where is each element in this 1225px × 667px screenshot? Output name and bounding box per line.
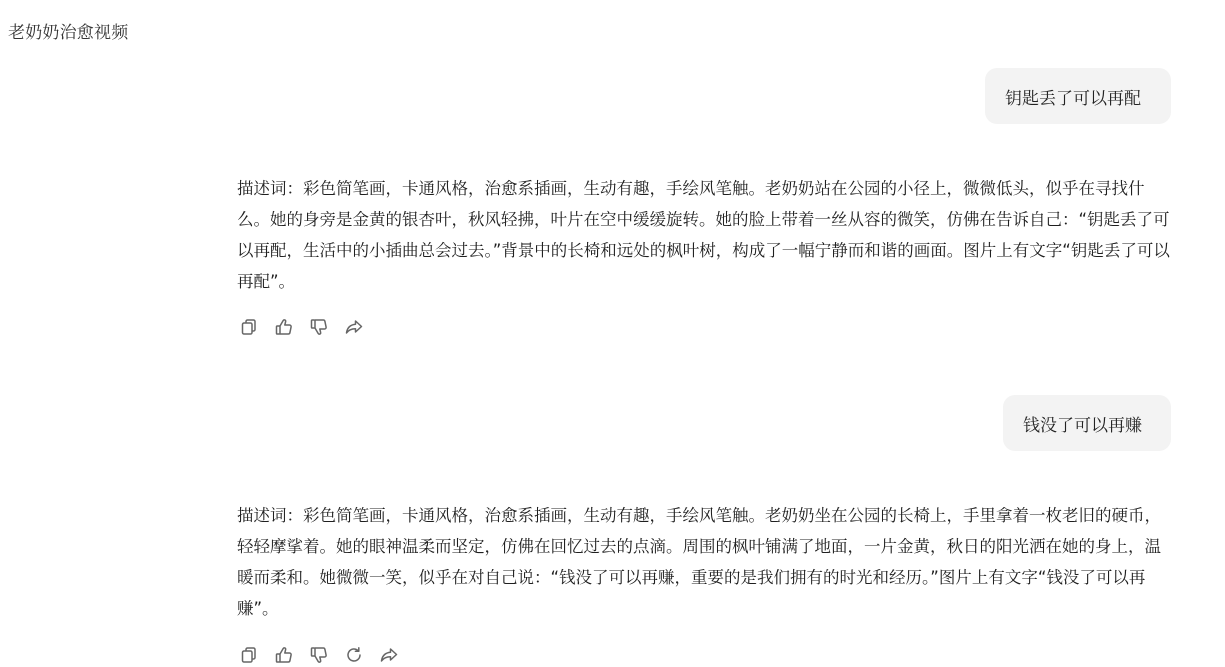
like-button[interactable]: [274, 315, 309, 339]
share-button[interactable]: [379, 643, 414, 667]
copy-icon: [239, 317, 259, 337]
message-actions: [239, 643, 414, 667]
chat-page: 老奶奶治愈视频 钥匙丢了可以再配 描述词：彩色简笔画，卡通风格，治愈系插画，生动…: [0, 0, 1225, 667]
conversation-title: 老奶奶治愈视频: [8, 18, 128, 43]
thumbs-up-icon: [274, 645, 294, 665]
copy-icon: [239, 645, 259, 665]
user-message-text: 钱没了可以再赚: [1023, 411, 1142, 436]
share-icon: [344, 317, 364, 337]
thumbs-down-icon: [309, 645, 329, 665]
user-message: 钱没了可以再赚: [1003, 395, 1171, 451]
share-icon: [379, 645, 399, 665]
share-button[interactable]: [344, 315, 379, 339]
thumbs-up-icon: [274, 317, 294, 337]
like-button[interactable]: [274, 643, 309, 667]
dislike-button[interactable]: [309, 643, 344, 667]
dislike-button[interactable]: [309, 315, 344, 339]
regenerate-button[interactable]: [344, 643, 379, 667]
copy-button[interactable]: [239, 643, 274, 667]
assistant-message: 描述词：彩色简笔画，卡通风格，治愈系插画，生动有趣，手绘风笔触。老奶奶坐在公园的…: [237, 500, 1177, 624]
user-message: 钥匙丢了可以再配: [985, 68, 1171, 124]
thumbs-down-icon: [309, 317, 329, 337]
regenerate-icon: [344, 645, 364, 665]
message-actions: [239, 315, 379, 339]
assistant-message: 描述词：彩色简笔画，卡通风格，治愈系插画，生动有趣，手绘风笔触。老奶奶站在公园的…: [237, 173, 1177, 297]
user-message-text: 钥匙丢了可以再配: [1005, 84, 1141, 109]
copy-button[interactable]: [239, 315, 274, 339]
